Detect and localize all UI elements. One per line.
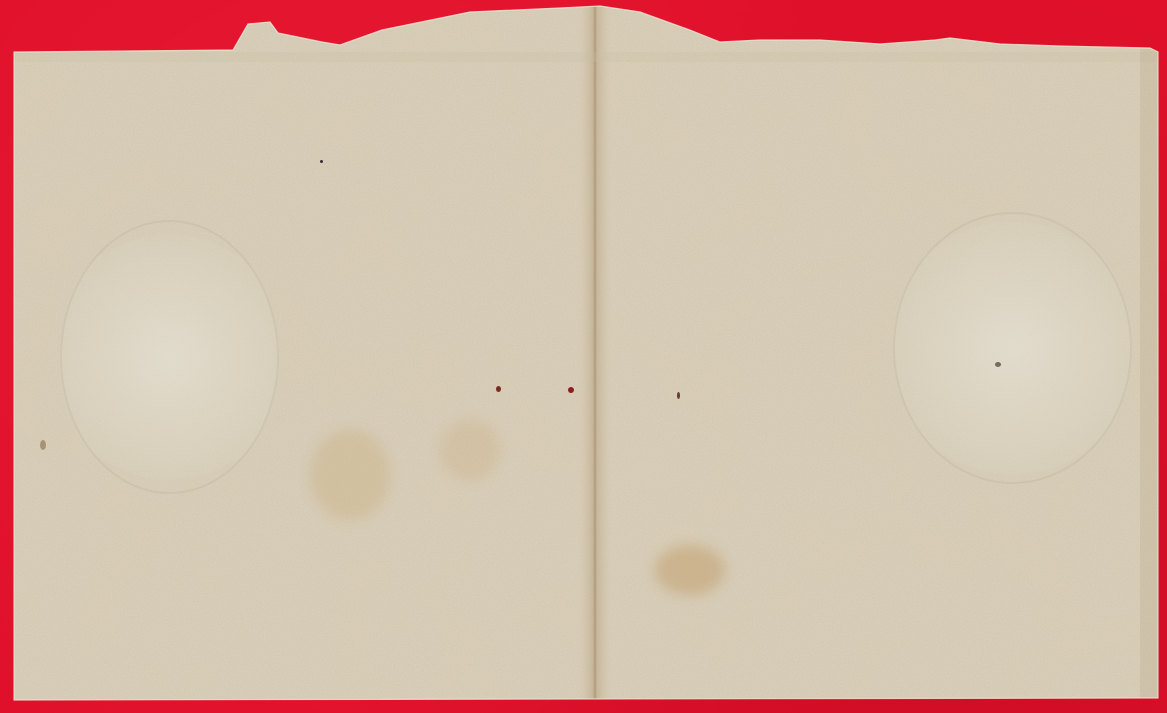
stain bbox=[310, 430, 390, 520]
stain bbox=[440, 420, 500, 480]
aged-paper-note bbox=[0, 0, 1167, 713]
speck bbox=[320, 160, 323, 163]
vertical-fold-crease bbox=[575, 0, 615, 713]
pinhole bbox=[677, 392, 680, 399]
pinhole bbox=[496, 386, 501, 392]
pinhole bbox=[40, 440, 46, 450]
speck bbox=[995, 362, 1001, 367]
faint-embossed-seal-left bbox=[60, 220, 279, 494]
faint-embossed-seal-right bbox=[893, 212, 1132, 484]
pinhole bbox=[568, 387, 574, 393]
stain bbox=[655, 545, 725, 595]
